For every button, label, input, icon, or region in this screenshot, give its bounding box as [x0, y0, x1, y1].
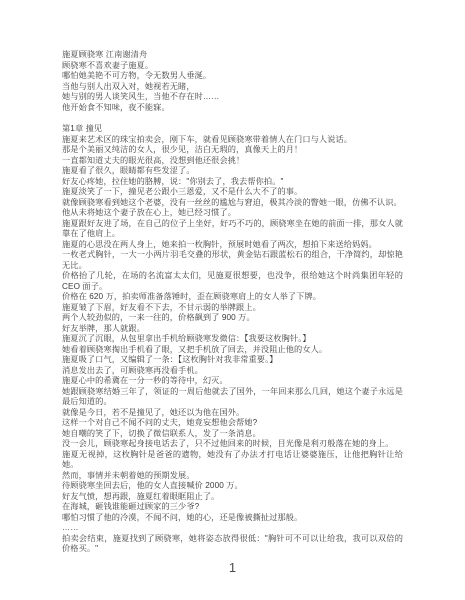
- paragraph: 这样一个对自己不闻不问的丈夫，她竟妄想他会帮她?: [62, 418, 403, 429]
- paragraph: 他从未将她这个妻子放在心上，她已经习惯了。: [62, 208, 403, 219]
- paragraph: 施夏皱了下眉，好友看不下去，不甘示弱的举牌跟上。: [62, 303, 403, 314]
- paragraph: 在海城，砸钱谁能砸过顾家的三少爷?: [62, 502, 403, 513]
- paragraph: 她看着顾骁寒掏出手机看了眼，又把手机放了回去，并没阻止他的女人。: [62, 345, 403, 356]
- intro-line: 顾骁寒不喜欢妻子施夏。: [62, 61, 403, 72]
- intro-line: 哪怕她美艳不可方物，令无数男人垂涎。: [62, 71, 403, 82]
- paragraph: 好友举牌，那人就跟。: [62, 324, 403, 335]
- paragraph: 好友气愤，想再跟，施夏红着眼眶阻止了。: [62, 492, 403, 503]
- intro-line: 她与别的男人谈笑风生，当他不存在时……: [62, 92, 403, 103]
- paragraph: 就像顾骁寒看到她这个老婆，没有一丝丝的尴尬与窘迫，极其冷淡的瞥她一眼，仿佛不认识…: [62, 198, 403, 209]
- intro-line: 他开始食不知味，夜不能寐。: [62, 103, 403, 114]
- paragraph: 施夏吸了口气，又编辑了一条：【这枚胸针对我非常重要。】: [62, 355, 403, 366]
- paragraph: 然而，事情并未朝着她的预期发展。: [62, 471, 403, 482]
- title-author-line: 施夏顾骁寒 江南谢清舟: [62, 50, 403, 61]
- intro-block: 顾骁寒不喜欢妻子施夏。哪怕她美艳不可方物，令无数男人垂涎。当他与别人出双入对，她…: [62, 61, 403, 114]
- paragraph: 施夏的心思没在两人身上，她来拍一枚胸针，预展时她看了两次，想拍下来送给妈妈。: [62, 240, 403, 251]
- paragraph: 价格抬了几轮，在场的名流富太太们，见施夏很想要，也没争，很给她这个时尚集团年轻的…: [62, 271, 403, 292]
- paragraph: 施夏沉了沉眼，从包里拿出手机给顾骁寒发微信：【我要这枚胸针。】: [62, 334, 403, 345]
- paragraph: 一直都知道丈夫的眼光很高，没想到他还很会挑！: [62, 156, 403, 167]
- paragraph: ……: [62, 523, 403, 534]
- body-block: 施夏来艺术区的珠宝拍卖会，刚下车，就看见顾骁寒带着情人在门口与人说话。那是个美丽…: [62, 135, 403, 555]
- paragraph: 施夏心中的希冀在一分一秒的等待中，幻灭。: [62, 376, 403, 387]
- novel-page: 施夏顾骁寒 江南谢清舟 顾骁寒不喜欢妻子施夏。哪怕她美艳不可方物，令无数男人垂涎…: [0, 0, 465, 600]
- paragraph: 没一会儿，顾骁寒起身接电话去了，只不过他回来的时候，目光像是利刃般落在她的身上。: [62, 439, 403, 450]
- paragraph: 价格在 620 万，拍卖师准备落锤时，歪在顾骁寒肩上的女人举了下牌。: [62, 292, 403, 303]
- page-content: 施夏顾骁寒 江南谢清舟 顾骁寒不喜欢妻子施夏。哪怕她美艳不可方物，令无数男人垂涎…: [62, 50, 403, 555]
- chapter-heading: 第1章 撞见: [62, 124, 403, 135]
- page-number: 1: [0, 560, 465, 575]
- paragraph: 施夏跟好友进了场，在自己的位子上坐好，好巧不巧的，顾骁寒坐在她的前面一排，那女人…: [62, 219, 403, 240]
- paragraph: 待顾骁寒坐回去后，他的女人直接喊价 2000 万。: [62, 481, 403, 492]
- paragraph: 她跟顾骁寒结婚三年了，领证的一周后他就去了国外，一年回来那么几回，她这个妻子永远…: [62, 387, 403, 408]
- paragraph: 施夏看了很久，眼睛都有些发涩了。: [62, 166, 403, 177]
- paragraph: 一枚老式胸针，一大一小两片羽毛交叠的形状，黄金钻石跟蓝松石的组合，干净简约，却惊…: [62, 250, 403, 271]
- paragraph: 两个人较劲似的，一来一往的，价格飙到了 900 万。: [62, 313, 403, 324]
- paragraph: 施夏无视掉，这枚胸针是爸爸的遗物，她没有了办法才打电话让婆婆施压，让他把胸针让给…: [62, 450, 403, 471]
- paragraph: 就像是今日，若不是撞见了，她还以为他在国外。: [62, 408, 403, 419]
- paragraph: 她自嘲的笑了下，切换了微信联系人，发了一条消息。: [62, 429, 403, 440]
- paragraph: 好友心疼她，拉住她的胳膊，说："你别去了，我去帮你拍。": [62, 177, 403, 188]
- paragraph: 哪怕习惯了他的冷漠，不闻不问，她的心，还是像被撕扯过那般。: [62, 513, 403, 524]
- paragraph: 施夏来艺术区的珠宝拍卖会，刚下车，就看见顾骁寒带着情人在门口与人说话。: [62, 135, 403, 146]
- paragraph: 那是个美丽又纯洁的女人，很少见，洁白无瑕的，真像天上的月！: [62, 145, 403, 156]
- paragraph: 施夏淡笑了一下，撞见老公跟小三恩爱，又不是什么大不了的事。: [62, 187, 403, 198]
- paragraph: 拍卖会结束，施夏找到了顾骁寒，她将姿态放得很低："胸针可不可以让给我，我可以双倍…: [62, 534, 403, 555]
- intro-line: 当他与别人出双入对，她视若无睹，: [62, 82, 403, 93]
- paragraph: 消息发出去了，可顾骁寒再没看手机。: [62, 366, 403, 377]
